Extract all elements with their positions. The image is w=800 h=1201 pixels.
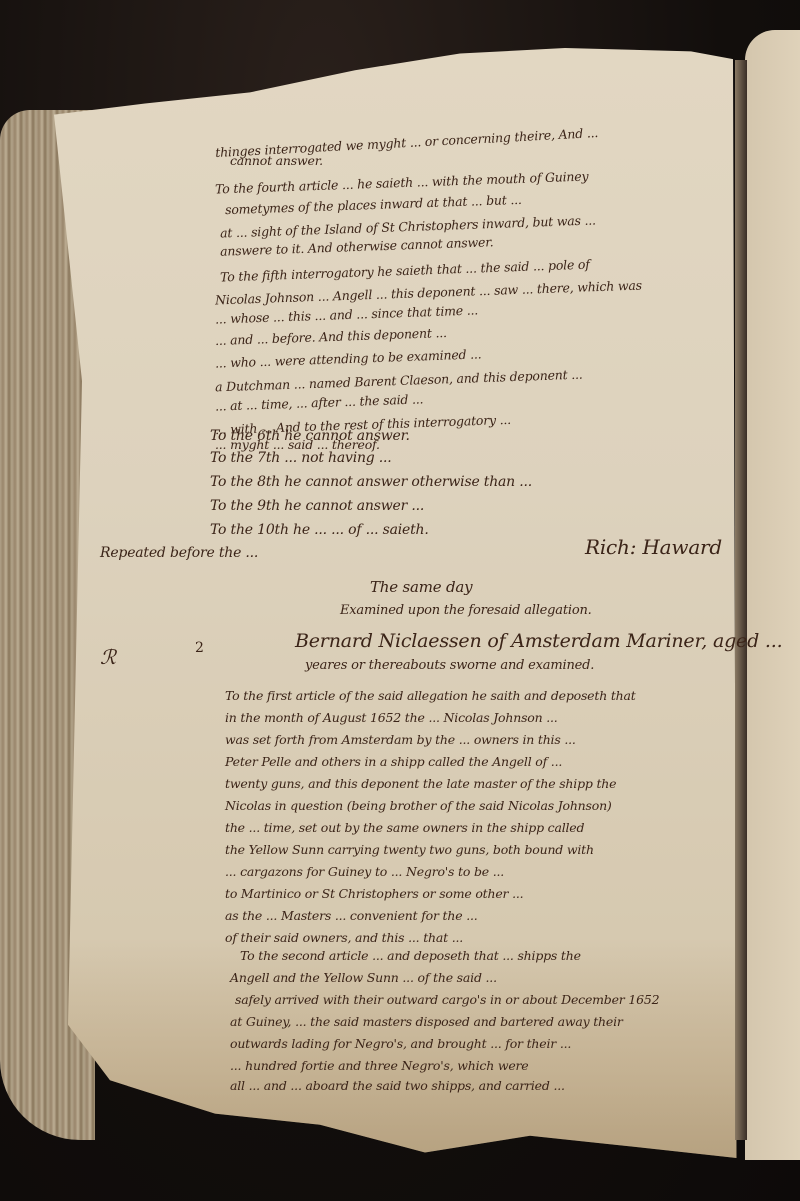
text-line: all ... and ... aboard the said two ship… — [230, 1078, 565, 1093]
answer-10: To the 10th he ... ... of ... saieth. — [210, 522, 429, 538]
text-line: ... cargazons for Guiney to ... Negro's … — [225, 864, 504, 879]
text-line: Angell and the Yellow Sunn ... of the sa… — [230, 970, 497, 985]
text-line: outwards lading for Negro's, and brought… — [230, 1036, 571, 1051]
text-line: to Martinico or St Christophers or some … — [225, 886, 523, 901]
answer-8: To the 8th he cannot answer otherwise th… — [210, 474, 532, 490]
deposition-subheading: Examined upon the foresaid allegation. — [340, 603, 592, 618]
text-line: ... hundred fortie and three Negro's, wh… — [230, 1058, 529, 1073]
text-line: the ... time, set out by the same owners… — [225, 820, 584, 835]
text-line: the Yellow Sunn carrying twenty two guns… — [225, 842, 594, 857]
text-line: cannot answer. — [230, 153, 323, 168]
text-line: To the first article of the said allegat… — [225, 688, 636, 703]
text-line: To the second article ... and deposeth t… — [240, 948, 581, 963]
answer-6: To the 6th he cannot answer. — [210, 428, 410, 444]
text-line: in the month of August 1652 the ... Nico… — [225, 710, 558, 725]
signature: Rich: Haward — [585, 535, 722, 559]
deponent-name-line: Bernard Niclaessen of Amsterdam Mariner,… — [295, 630, 782, 652]
book-gutter — [735, 60, 747, 1140]
text-line: Nicolas in question (being brother of th… — [225, 798, 612, 813]
margin-number: 2 — [195, 640, 204, 656]
text-line: as the ... Masters ... convenient for th… — [225, 908, 478, 923]
deponent-sworn-line: yeares or thereabouts sworne and examine… — [305, 658, 594, 673]
text-line: of their said owners, and this ... that … — [225, 930, 463, 945]
deposition-date-heading: The same day — [370, 578, 472, 596]
answer-7: To the 7th ... not having ... — [210, 450, 392, 466]
text-line: safely arrived with their outward cargo'… — [235, 992, 659, 1007]
answer-9: To the 9th he cannot answer ... — [210, 498, 424, 514]
marginal-note: Repeated before the ... — [100, 545, 258, 561]
text-line: at Guiney, ... the said masters disposed… — [230, 1014, 623, 1029]
text-line: twenty guns, and this deponent the late … — [225, 776, 616, 791]
text-line: Peter Pelle and others in a shipp called… — [225, 754, 562, 769]
text-line: was set forth from Amsterdam by the ... … — [225, 732, 576, 747]
margin-mark: ℛ — [100, 645, 116, 669]
facing-page — [745, 30, 800, 1160]
